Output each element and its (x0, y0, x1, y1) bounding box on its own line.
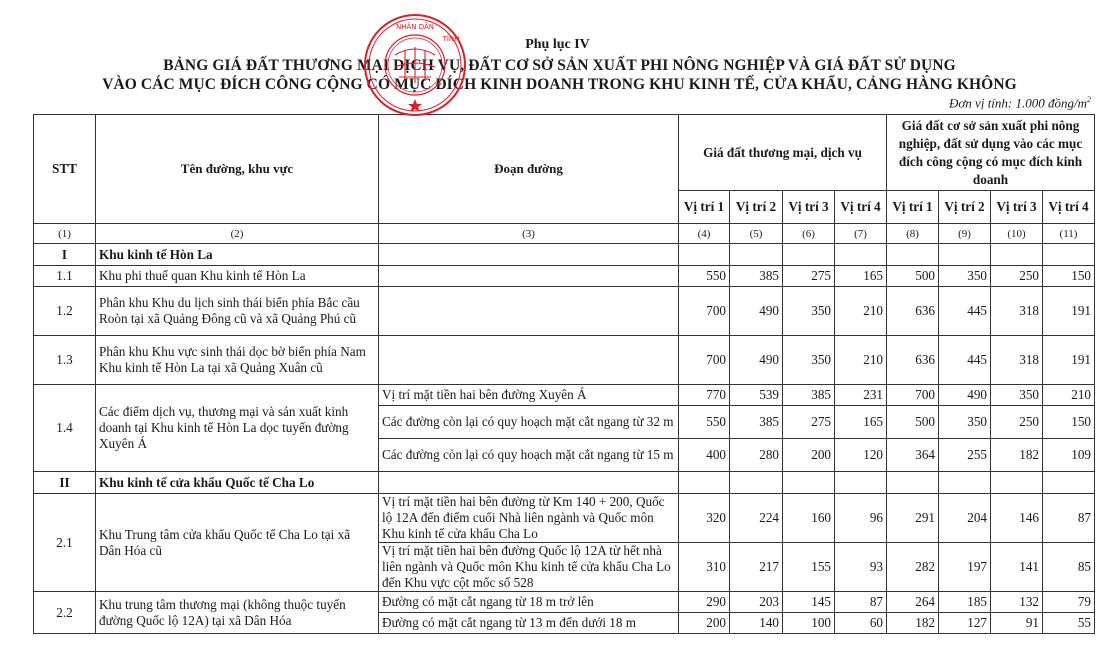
price-value-2: 490 (730, 287, 783, 336)
price-value-3: 275 (783, 406, 835, 439)
empty-cell (991, 244, 1043, 266)
price-value-8: 210 (1043, 385, 1095, 406)
price-value-4: 87 (835, 592, 887, 613)
price-value-1: 320 (679, 494, 730, 543)
column-number-5: (5) (730, 224, 783, 244)
header-position-2: Vị trí 2 (730, 191, 783, 224)
price-value-5: 500 (887, 266, 939, 287)
header-position-7: Vị trí 3 (991, 191, 1043, 224)
price-value-7: 91 (991, 613, 1043, 634)
price-value-3: 385 (783, 385, 835, 406)
price-value-2: 203 (730, 592, 783, 613)
row-segment (379, 336, 679, 385)
land-price-table: STT Tên đường, khu vực Đoạn đường Giá đấ… (33, 114, 1095, 634)
empty-cell (783, 244, 835, 266)
row-stt: 1.2 (34, 287, 96, 336)
row-segment: Vị trí mặt tiền hai bên đường từ Km 140 … (379, 494, 679, 543)
section-row: IIKhu kinh tế cửa khẩu Quốc tế Cha Lo (34, 472, 1095, 494)
section-name: Khu kinh tế Hòn La (96, 244, 379, 266)
price-value-4: 120 (835, 439, 887, 472)
header-stt: STT (34, 115, 96, 224)
price-value-6: 204 (939, 494, 991, 543)
section-name: Khu kinh tế cửa khẩu Quốc tế Cha Lo (96, 472, 379, 494)
price-value-2: 490 (730, 336, 783, 385)
empty-cell (679, 472, 730, 494)
row-name: Khu trung tâm thương mại (không thuộc tu… (96, 592, 379, 634)
header-position-8: Vị trí 4 (1043, 191, 1095, 224)
price-value-8: 79 (1043, 592, 1095, 613)
price-value-4: 165 (835, 406, 887, 439)
document-title-line-1: BẢNG GIÁ ĐẤT THƯƠNG MẠI DỊCH VỤ, ĐẤT CƠ … (8, 57, 1103, 75)
header-position-4: Vị trí 4 (835, 191, 887, 224)
column-number-10: (10) (991, 224, 1043, 244)
column-number-2: (2) (96, 224, 379, 244)
row-name: Khu phi thuế quan Khu kinh tế Hòn La (96, 266, 379, 287)
price-value-1: 770 (679, 385, 730, 406)
empty-cell (835, 472, 887, 494)
price-value-6: 445 (939, 287, 991, 336)
price-value-7: 182 (991, 439, 1043, 472)
row-name: Khu Trung tâm cửa khẩu Quốc tế Cha Lo tạ… (96, 494, 379, 592)
header-name: Tên đường, khu vực (96, 115, 379, 224)
column-number-4: (4) (679, 224, 730, 244)
header-group-commercial: Giá đất thương mại, dịch vụ (679, 115, 887, 191)
price-value-5: 264 (887, 592, 939, 613)
price-value-6: 490 (939, 385, 991, 406)
svg-text:NHÂN DÂN: NHÂN DÂN (396, 22, 434, 31)
price-value-4: 210 (835, 287, 887, 336)
table-row: 1.4Các điểm dịch vụ, thương mại và sản x… (34, 385, 1095, 406)
column-number-8: (8) (887, 224, 939, 244)
empty-cell (991, 472, 1043, 494)
price-value-8: 85 (1043, 543, 1095, 592)
price-value-5: 636 (887, 336, 939, 385)
price-value-7: 250 (991, 406, 1043, 439)
price-value-7: 318 (991, 287, 1043, 336)
price-value-5: 282 (887, 543, 939, 592)
price-value-7: 132 (991, 592, 1043, 613)
empty-cell (939, 472, 991, 494)
price-value-3: 145 (783, 592, 835, 613)
price-value-4: 165 (835, 266, 887, 287)
price-value-1: 550 (679, 266, 730, 287)
table-row: 1.2Phân khu Khu du lịch sinh thái biển p… (34, 287, 1095, 336)
row-segment (379, 266, 679, 287)
header-position-1: Vị trí 1 (679, 191, 730, 224)
empty-cell (887, 244, 939, 266)
document-title-line-2: VÀO CÁC MỤC ĐÍCH CÔNG CỘNG CÓ MỤC ĐÍCH K… (8, 76, 1103, 94)
section-number: II (34, 472, 96, 494)
table-row: 1.3Phân khu Khu vực sinh thái dọc bờ biể… (34, 336, 1095, 385)
row-name: Phân khu Khu vực sinh thái dọc bờ biển p… (96, 336, 379, 385)
price-value-6: 185 (939, 592, 991, 613)
price-value-8: 150 (1043, 406, 1095, 439)
price-value-7: 350 (991, 385, 1043, 406)
column-number-1: (1) (34, 224, 96, 244)
empty-cell (835, 244, 887, 266)
row-name: Phân khu Khu du lịch sinh thái biển phía… (96, 287, 379, 336)
price-value-3: 100 (783, 613, 835, 634)
price-value-2: 539 (730, 385, 783, 406)
price-value-4: 60 (835, 613, 887, 634)
price-value-6: 350 (939, 266, 991, 287)
price-value-7: 146 (991, 494, 1043, 543)
price-value-4: 93 (835, 543, 887, 592)
price-value-2: 280 (730, 439, 783, 472)
price-value-6: 255 (939, 439, 991, 472)
price-value-1: 700 (679, 287, 730, 336)
empty-cell (887, 472, 939, 494)
price-value-7: 318 (991, 336, 1043, 385)
row-stt: 1.3 (34, 336, 96, 385)
price-value-5: 364 (887, 439, 939, 472)
price-value-4: 96 (835, 494, 887, 543)
row-segment: Vị trí mặt tiền hai bên đường Xuyên Á (379, 385, 679, 406)
price-value-8: 87 (1043, 494, 1095, 543)
price-value-5: 500 (887, 406, 939, 439)
price-value-2: 385 (730, 406, 783, 439)
price-value-3: 200 (783, 439, 835, 472)
price-value-8: 150 (1043, 266, 1095, 287)
appendix-label: Phụ lục IV (6, 37, 1103, 53)
price-value-3: 350 (783, 336, 835, 385)
price-value-1: 550 (679, 406, 730, 439)
section-row: IKhu kinh tế Hòn La (34, 244, 1095, 266)
empty-cell (1043, 472, 1095, 494)
price-value-7: 141 (991, 543, 1043, 592)
empty-cell (730, 472, 783, 494)
price-value-8: 191 (1043, 336, 1095, 385)
unit-text: Đơn vị tính: 1.000 đồng/m (949, 95, 1087, 110)
price-value-6: 350 (939, 406, 991, 439)
empty-cell (379, 472, 679, 494)
price-value-3: 350 (783, 287, 835, 336)
section-number: I (34, 244, 96, 266)
table-row: 2.1Khu Trung tâm cửa khẩu Quốc tế Cha Lo… (34, 494, 1095, 543)
price-value-5: 636 (887, 287, 939, 336)
price-value-6: 445 (939, 336, 991, 385)
empty-cell (783, 472, 835, 494)
price-value-3: 155 (783, 543, 835, 592)
price-value-7: 250 (991, 266, 1043, 287)
row-stt: 2.2 (34, 592, 96, 634)
empty-cell (379, 244, 679, 266)
empty-cell (730, 244, 783, 266)
price-value-8: 55 (1043, 613, 1095, 634)
unit-superscript: 2 (1087, 95, 1091, 104)
header-position-6: Vị trí 2 (939, 191, 991, 224)
row-segment: Đường có mặt cắt ngang từ 18 m trở lên (379, 592, 679, 613)
column-number-9: (9) (939, 224, 991, 244)
row-segment: Đường có mặt cắt ngang từ 13 m đến dưới … (379, 613, 679, 634)
price-value-3: 160 (783, 494, 835, 543)
row-stt: 2.1 (34, 494, 96, 592)
price-value-1: 290 (679, 592, 730, 613)
price-value-2: 140 (730, 613, 783, 634)
price-value-1: 700 (679, 336, 730, 385)
price-value-5: 182 (887, 613, 939, 634)
table-row: 2.2Khu trung tâm thương mại (không thuộc… (34, 592, 1095, 613)
price-value-1: 200 (679, 613, 730, 634)
header-position-5: Vị trí 1 (887, 191, 939, 224)
empty-cell (1043, 244, 1095, 266)
price-value-5: 700 (887, 385, 939, 406)
row-stt: 1.4 (34, 385, 96, 472)
unit-note: Đơn vị tính: 1.000 đồng/m2 (949, 95, 1091, 111)
price-value-8: 109 (1043, 439, 1095, 472)
row-stt: 1.1 (34, 266, 96, 287)
price-value-1: 400 (679, 439, 730, 472)
price-value-1: 310 (679, 543, 730, 592)
price-value-4: 231 (835, 385, 887, 406)
price-value-2: 385 (730, 266, 783, 287)
header-segment: Đoạn đường (379, 115, 679, 224)
table-row: 1.1Khu phi thuế quan Khu kinh tế Hòn La5… (34, 266, 1095, 287)
empty-cell (939, 244, 991, 266)
column-number-11: (11) (1043, 224, 1095, 244)
header-group-production: Giá đất cơ sở sản xuất phi nông nghiệp, … (887, 115, 1095, 191)
column-number-7: (7) (835, 224, 887, 244)
price-value-2: 224 (730, 494, 783, 543)
price-value-4: 210 (835, 336, 887, 385)
empty-cell (679, 244, 730, 266)
column-number-3: (3) (379, 224, 679, 244)
row-segment: Các đường còn lại có quy hoạch mặt cắt n… (379, 439, 679, 472)
price-value-2: 217 (730, 543, 783, 592)
price-value-5: 291 (887, 494, 939, 543)
row-segment (379, 287, 679, 336)
price-value-6: 127 (939, 613, 991, 634)
price-value-3: 275 (783, 266, 835, 287)
row-name: Các điểm dịch vụ, thương mại và sản xuất… (96, 385, 379, 472)
row-segment: Vị trí mặt tiền hai bên đường Quốc lộ 12… (379, 543, 679, 592)
price-value-8: 191 (1043, 287, 1095, 336)
price-value-6: 197 (939, 543, 991, 592)
header-position-3: Vị trí 3 (783, 191, 835, 224)
column-number-6: (6) (783, 224, 835, 244)
row-segment: Các đường còn lại có quy hoạch mặt cắt n… (379, 406, 679, 439)
